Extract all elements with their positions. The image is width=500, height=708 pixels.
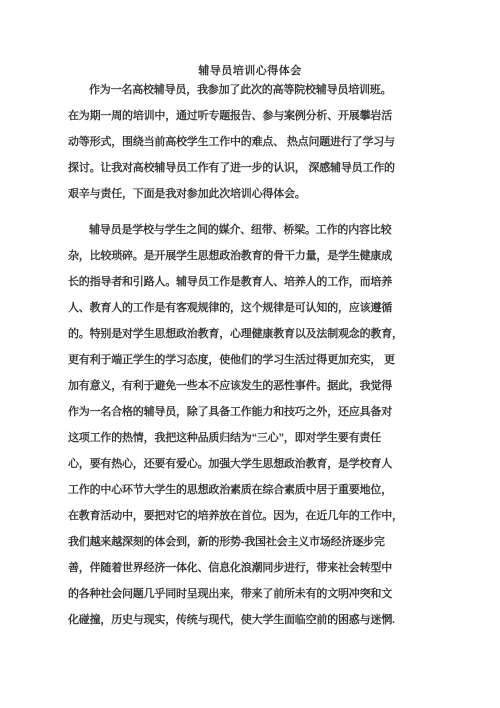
text-line: 工作的中心环节大学生的思想政治素质在综合素质中居于重要地位， xyxy=(68,477,408,503)
paragraph-intro: 作为一名高校辅导员，我参加了此次的高等院校辅导员培训班。在为期一周的培训中，通过… xyxy=(68,77,408,207)
text-line: 动等形式，围绕当前高校学生工作中的难点、 热点问题进行了学习与 xyxy=(68,129,408,155)
text-line: 人、教育人的工作是有客观规律的，这个规律是可认知的，应该遵循 xyxy=(68,295,408,321)
text-line: 长的指导者和引路人。辅导员工作是教育人、培养人的工作，而培养 xyxy=(68,269,408,295)
text-line: 善，伴随着世界经济一体化、信息化浪潮同步进行，带来社会转型中 xyxy=(68,555,408,581)
text-line: 化碰撞，历史与现实，传统与现代，使大学生面临空前的困惑与迷惘. xyxy=(68,607,408,633)
text-line: 杂，比较琐碎。是开展学生思想政治教育的骨干力量，是学生健康成 xyxy=(68,243,408,269)
paragraph-body: 辅导员是学校与学生之间的媒介、纽带、桥梁。工作的内容比较杂，比较琐碎。是开展学生… xyxy=(68,217,408,633)
text-line: 这项工作的热情，我把这种品质归结为“三心”，即对学生要有责任 xyxy=(68,425,408,451)
text-line: 的。特别是对学生思想政治教育，心理健康教育以及法制观念的教育， xyxy=(68,321,408,347)
text-line: 心，要有热心，还要有爱心。加强大学生思想政治教育，是学校育人 xyxy=(68,451,408,477)
text-line: 辅导员是学校与学生之间的媒介、纽带、桥梁。工作的内容比较 xyxy=(68,217,408,243)
text-line: 在教育活动中，要把对它的培养放在首位。因为，在近几年的工作中， xyxy=(68,503,408,529)
text-line: 在为期一周的培训中，通过听专题报告、参与案例分析、开展攀岩活 xyxy=(68,103,408,129)
text-line: 加有意义，有利于避免一些本不应该发生的恶性事件。据此，我觉得 xyxy=(68,373,408,399)
text-line: 的各种社会问题几乎同时呈现出来，带来了前所未有的文明冲突和文 xyxy=(68,581,408,607)
text-line: 更有利于端正学生的学习态度，使他们的学习生活过得更加充实， 更 xyxy=(68,347,408,373)
text-line: 探讨。让我对高校辅导员工作有了进一步的认识， 深感辅导员工作的 xyxy=(68,155,408,181)
text-line: 我们越来越深刻的体会到，新的形势-我国社会主义市场经济逐步完 xyxy=(68,529,408,555)
document-page: 辅导员培训心得体会 作为一名高校辅导员，我参加了此次的高等院校辅导员培训班。在为… xyxy=(0,0,500,708)
text-line: 艰辛与责任，下面是我对参加此次培训心得体会。 xyxy=(68,181,408,207)
text-line: 作为一名合格的辅导员，除了具备工作能力和技巧之外，还应具备对 xyxy=(68,399,408,425)
text-line: 作为一名高校辅导员，我参加了此次的高等院校辅导员培训班。 xyxy=(68,77,408,103)
